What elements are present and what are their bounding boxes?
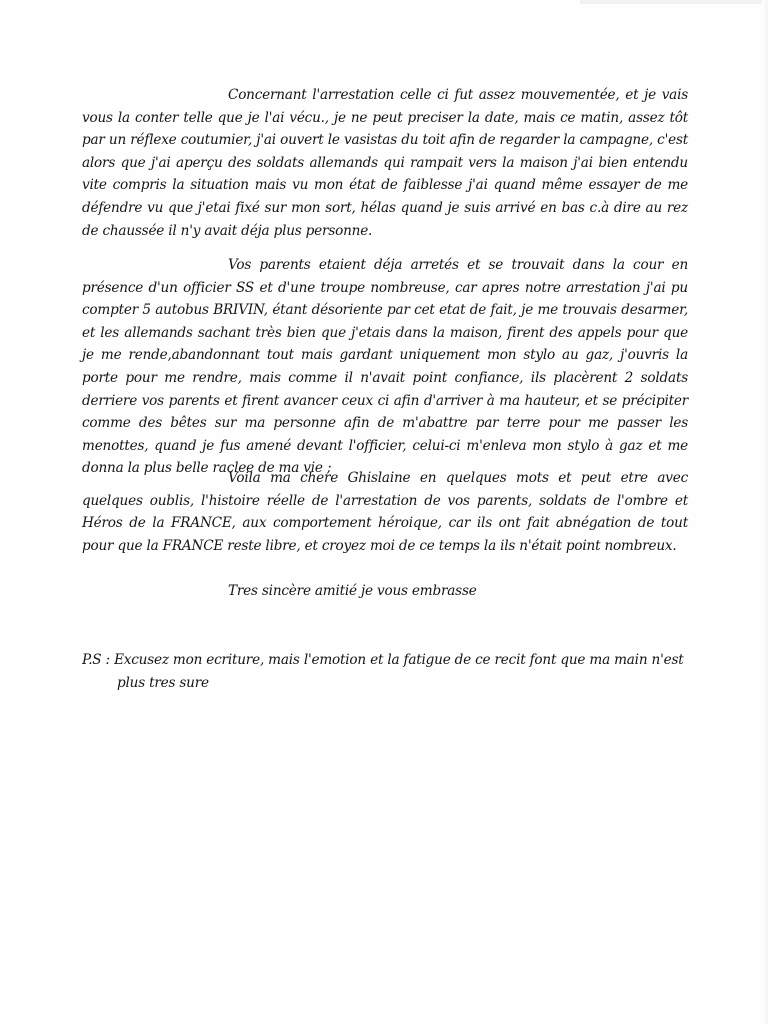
postscript-line-1: P.S : Excusez mon ecriture, mais l'emoti…	[82, 649, 688, 672]
paragraph-conclusion: Voila ma chere Ghislaine en quelques mot…	[82, 467, 688, 557]
closing-salutation: Tres sincère amitié je vous embrasse	[228, 580, 628, 603]
postscript-label: P.S :	[82, 652, 110, 668]
scan-edge-top	[580, 0, 768, 4]
closing-text: Tres sincère amitié je vous embrasse	[228, 580, 628, 603]
postscript-text-2: plus tres sure	[82, 672, 688, 695]
paragraph-text: Vos parents etaient déja arretés et se t…	[82, 254, 688, 480]
paragraph-parents-arrested: Vos parents etaient déja arretés et se t…	[82, 254, 688, 480]
postscript-text-1: Excusez mon ecriture, mais l'emotion et …	[114, 652, 683, 668]
paragraph-arrest-account: Concernant l'arrestation celle ci fut as…	[82, 84, 688, 242]
postscript: P.S : Excusez mon ecriture, mais l'emoti…	[82, 649, 688, 694]
paragraph-text: Concernant l'arrestation celle ci fut as…	[82, 84, 688, 242]
postscript-line-2: plus tres sure	[82, 672, 688, 695]
paragraph-text: Voila ma chere Ghislaine en quelques mot…	[82, 467, 688, 557]
scan-edge-right	[762, 0, 768, 1024]
letter-page: Concernant l'arrestation celle ci fut as…	[0, 0, 768, 1024]
